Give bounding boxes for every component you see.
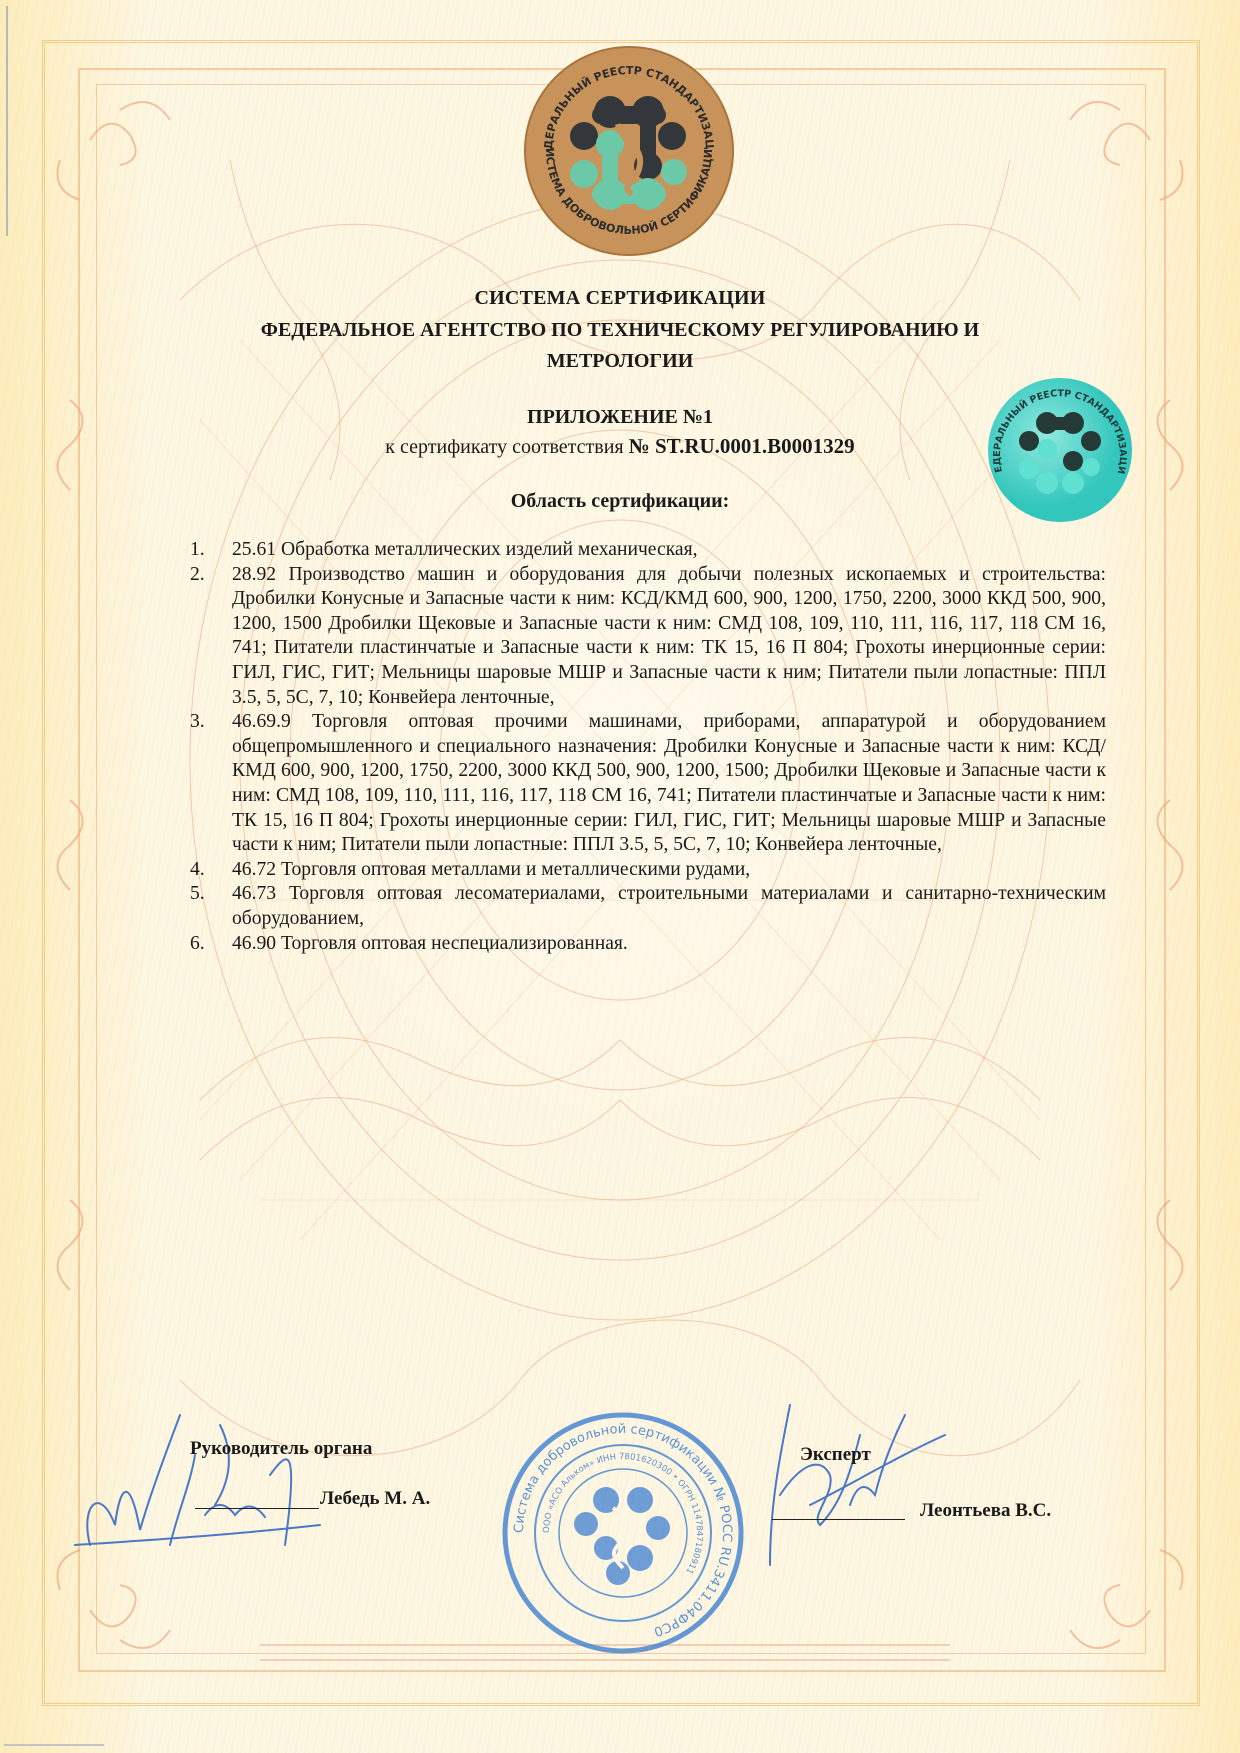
scan-edge <box>4 1744 104 1746</box>
scope-item-text: 25.61 Обработка металлических изделий ме… <box>232 539 698 560</box>
scope-item: 3.46.69.9 Торговля оптовая прочими машин… <box>190 710 1106 858</box>
scope-title: Область сертификации: <box>150 490 1090 513</box>
scope-item-number: 4. <box>190 858 205 883</box>
head-signatory-label: Руководитель органа <box>190 1438 372 1460</box>
certificate-prefix: к сертификату соответствия <box>385 436 628 458</box>
expert-signature-icon <box>750 1395 950 1575</box>
scope-item-text: 46.69.9 Торговля оптовая прочими машинам… <box>232 711 1106 855</box>
expert-signatory-name: Леонтьева В.С. <box>920 1500 1051 1522</box>
head-signatory-name: Лебедь М. А. <box>320 1488 430 1510</box>
scope-item: 1.25.61 Обработка металлических изделий … <box>190 538 1106 563</box>
expert-signatory-label: Эксперт <box>800 1444 871 1466</box>
scope-item: 4.46.72 Торговля оптовая металлами и мет… <box>190 858 1106 883</box>
scope-item: 6.46.90 Торговля оптовая неспециализиров… <box>190 932 1106 957</box>
system-title: СИСТЕМА СЕРТИФИКАЦИИ <box>150 287 1090 310</box>
certification-seal-icon: Система добровольной сертификации № РОСС… <box>498 1408 748 1658</box>
certificate-number: № ST.RU.0001.B0001329 <box>629 434 855 458</box>
scope-item-number: 6. <box>190 932 205 957</box>
scope-item-text: 46.90 Торговля оптовая неспециализирован… <box>232 933 628 954</box>
signature-line <box>195 1508 319 1509</box>
certificate-reference: к сертификату соответствия № ST.RU.0001.… <box>150 434 1090 459</box>
scope-item: 2.28.92 Производство машин и оборудовани… <box>190 563 1106 711</box>
head-signature-icon <box>70 1395 330 1605</box>
appendix-title: ПРИЛОЖЕНИЕ №1 <box>150 406 1090 429</box>
scope-item-text: 28.92 Производство машин и оборудования … <box>232 564 1106 708</box>
scope-item-number: 1. <box>190 538 205 563</box>
scope-item-number: 3. <box>190 710 205 735</box>
scope-item: 5.46.73 Торговля оптовая лесоматериалами… <box>190 882 1106 931</box>
scope-item-number: 5. <box>190 882 205 907</box>
agency-title: ФЕДЕРАЛЬНОЕ АГЕНТСТВО ПО ТЕХНИЧЕСКОМУ РЕ… <box>150 319 1090 342</box>
scope-item-number: 2. <box>190 563 205 588</box>
signature-line <box>772 1519 905 1520</box>
scope-list: 1.25.61 Обработка металлических изделий … <box>190 538 1106 956</box>
scope-item-text: 46.73 Торговля оптовая лесоматериалами, … <box>232 883 1106 929</box>
federal-registry-emblem-icon: ФЕДЕРАЛЬНЫЙ РЕЕСТР СТАНДАРТИЗАЦИИ СИСТЕМ… <box>522 44 736 258</box>
scan-edge <box>6 6 8 236</box>
scope-item-text: 46.72 Торговля оптовая металлами и метал… <box>232 859 750 880</box>
agency-title-continued: МЕТРОЛОГИИ <box>150 350 1090 373</box>
